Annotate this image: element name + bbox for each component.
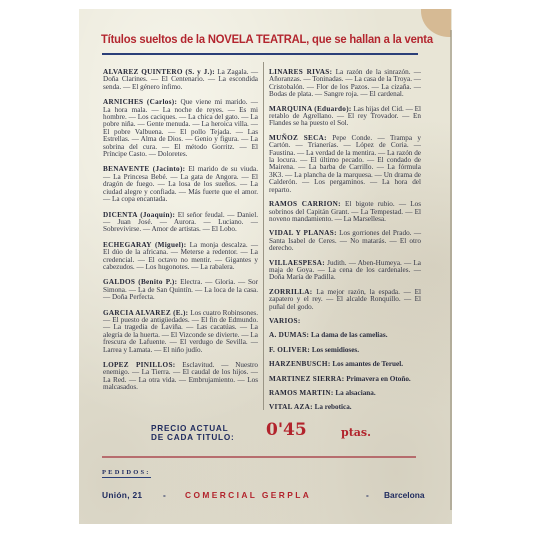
- author-name: MARTINEZ SIERRA:: [269, 375, 344, 383]
- author-name: F. OLIVER:: [269, 346, 310, 354]
- author-name: A. DUMAS:: [269, 331, 309, 339]
- catalog-entry: LINARES RIVAS: La razón de la sinrazón. …: [269, 69, 421, 99]
- catalog-entry: HARZENBUSCH: Los amantes de Teruel.: [269, 361, 421, 368]
- catalog-entry: RAMOS MARTIN: La alsaciana.: [269, 390, 421, 397]
- footer-separator: -: [366, 490, 369, 500]
- author-name: RAMOS MARTIN:: [269, 389, 334, 397]
- catalog-right-column: LINARES RIVAS: La razón de la sinrazón. …: [269, 69, 421, 419]
- play-titles: Los semidioses.: [312, 346, 359, 354]
- play-titles: Los cuatro Robinsones. — El puesto de an…: [103, 309, 258, 354]
- publisher-city: Barcelona: [384, 490, 425, 500]
- title-underline: [102, 53, 418, 55]
- catalog-entry: ARNICHES (Carlos): Que viene mi marido. …: [103, 99, 258, 158]
- play-titles: Pepe Conde. — Trampa y Cartón. — Trianer…: [269, 134, 421, 194]
- play-titles: Que viene mi marido. — La hora mala. — L…: [103, 98, 258, 158]
- catalog-entry: MARTINEZ SIERRA: Primavera en Otoño.: [269, 376, 421, 383]
- catalog-left-column: ALVAREZ QUINTERO (S. y J.): La Zagala. —…: [103, 69, 258, 400]
- orders-label: PEDIDOS:: [102, 469, 151, 478]
- page-edge: [450, 30, 452, 510]
- catalog-entry: MARQUINA (Eduardo): Las hijas del Cid. —…: [269, 106, 421, 128]
- author-name: HARZENBUSCH:: [269, 360, 331, 368]
- catalog-entry: DICENTA (Joaquín): El señor feudal. — Da…: [103, 212, 258, 234]
- play-titles: La alsaciana.: [335, 389, 375, 397]
- play-titles: La dama de las camelias.: [311, 331, 387, 339]
- catalog-entry: ZORRILLA: La mejor razón, la espada. — E…: [269, 289, 421, 311]
- catalog-entry: MUÑOZ SECA: Pepe Conde. — Trampa y Cartó…: [269, 135, 421, 194]
- price-value: 0'45: [266, 420, 307, 440]
- catalog-entry: GALDOS (Benito P.): Electra. — Gloria. —…: [103, 279, 258, 301]
- price-label-line2: DE CADA TITULO:: [151, 434, 271, 443]
- varios-label: VARIOS:: [269, 318, 421, 325]
- catalog-entry: A. DUMAS: La dama de las camelias.: [269, 332, 421, 339]
- play-titles: Los amantes de Teruel.: [332, 360, 403, 368]
- catalog-entry: VITAL AZA: La rebotica.: [269, 404, 421, 411]
- catalog-entry: VILLAESPESA: Judith. — Aben-Humeya. — La…: [269, 260, 421, 282]
- catalog-entry: GARCIA ALVAREZ (E.): Los cuatro Robinson…: [103, 310, 258, 354]
- play-titles: La rebotica.: [315, 403, 352, 411]
- column-divider: [263, 62, 264, 410]
- footer-divider: [102, 456, 416, 458]
- catalog-entry: BENAVENTE (Jacinto): El marido de su viu…: [103, 166, 258, 203]
- catalog-entry: LOPEZ PINILLOS: Esclavitud. — Nuestro en…: [103, 362, 258, 392]
- author-name: VITAL AZA:: [269, 403, 313, 411]
- catalog-entry: ECHEGARAY (Miguel): La monja descalza. —…: [103, 242, 258, 272]
- publisher-footer: Unión, 21 - COMERCIAL GERPLA - Barcelona: [102, 490, 420, 504]
- catalog-entry: RAMOS CARRION: El bigote rubio. — Los so…: [269, 201, 421, 223]
- catalog-entry: F. OLIVER: Los semidioses.: [269, 347, 421, 354]
- price-label: PRECIO ACTUAL DE CADA TITULO:: [151, 425, 271, 442]
- play-titles: Primavera en Otoño.: [346, 375, 410, 383]
- catalog-entry: ALVAREZ QUINTERO (S. y J.): La Zagala. —…: [103, 69, 258, 91]
- price-unit: ptas.: [341, 426, 371, 439]
- publisher-name: COMERCIAL GERPLA: [185, 490, 311, 500]
- publisher-address: Unión, 21: [102, 490, 142, 500]
- catalog-entry: VIDAL Y PLANAS: Los gorriones del Prado.…: [269, 230, 421, 252]
- footer-separator: -: [163, 490, 166, 500]
- page-title: Títulos sueltos de la NOVELA TEATRAL, qu…: [101, 32, 414, 46]
